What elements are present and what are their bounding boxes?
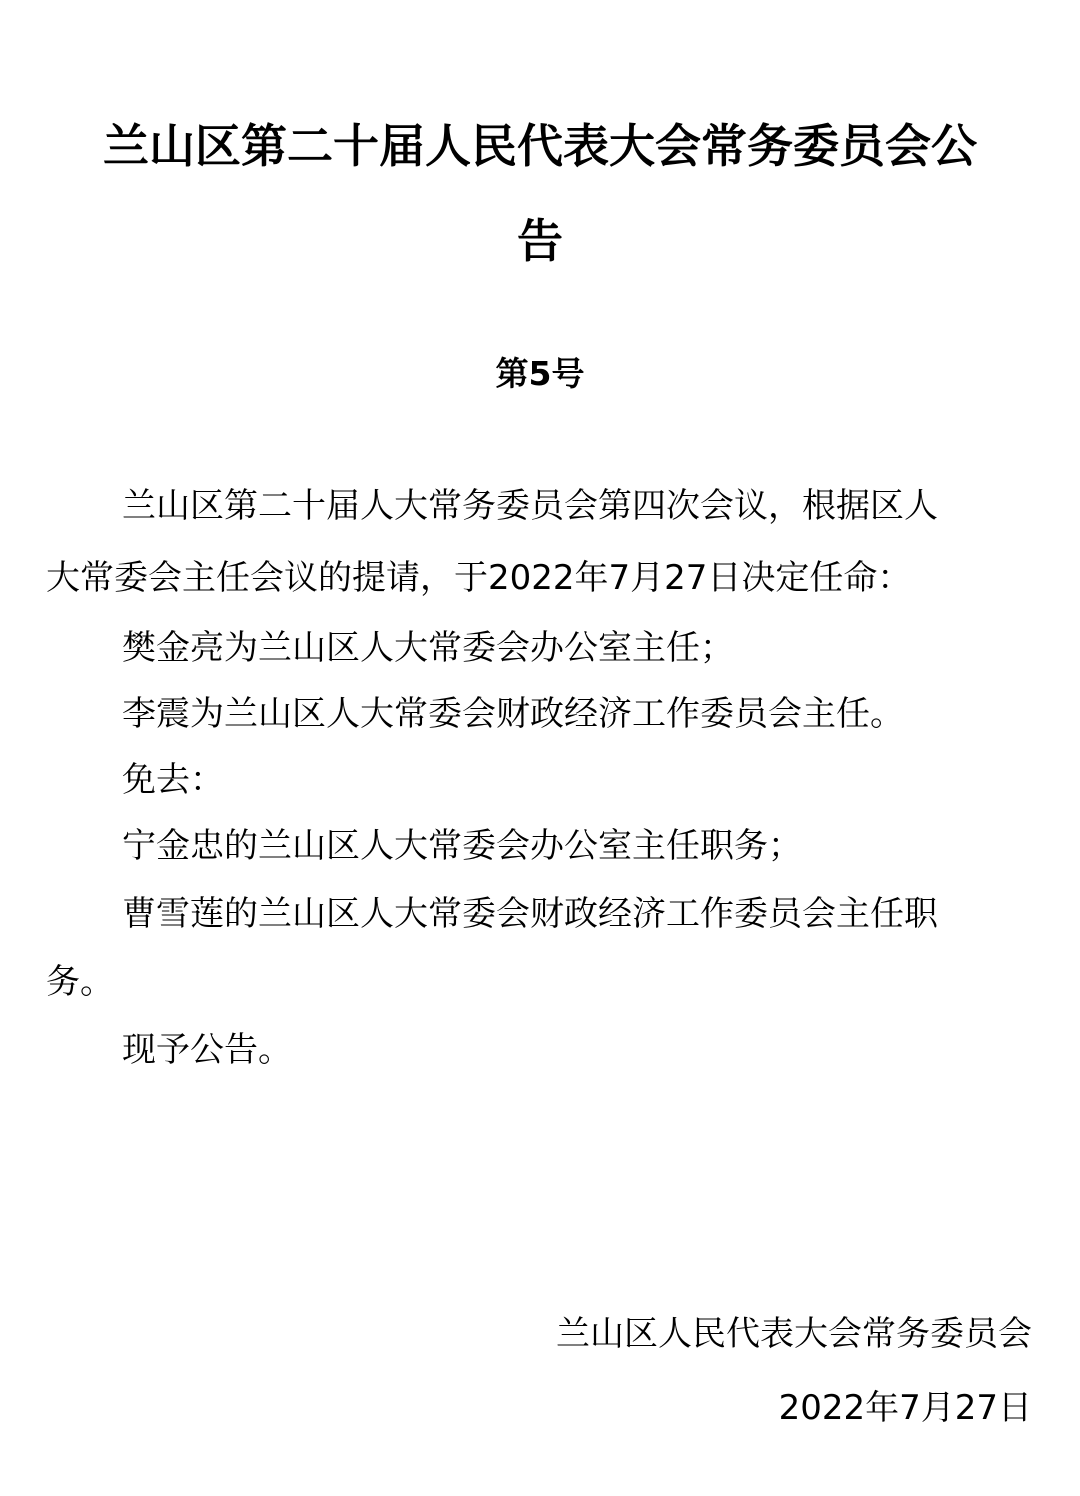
title-line-2: 告 <box>0 205 1080 271</box>
body-line: 现予公告。 <box>122 1022 292 1071</box>
announcement-number: 第5号 <box>0 348 1080 395</box>
body-line: 宁金忠的兰山区人大常委会办公室主任职务； <box>122 818 802 867</box>
title-line-1: 兰山区第二十届人民代表大会常务委员会公 <box>0 110 1080 176</box>
body-line: 李震为兰山区人大常委会财政经济工作委员会主任。 <box>122 686 904 735</box>
body-line: 兰山区第二十届人大常务委员会第四次会议，根据区人 <box>122 478 938 527</box>
signature-organization: 兰山区人民代表大会常务委员会 <box>556 1306 1032 1355</box>
body-line: 曹雪莲的兰山区人大常委会财政经济工作委员会主任职 <box>122 886 938 935</box>
body-line: 务。 <box>46 954 114 1003</box>
signature-date: 2022年7月27日 <box>779 1380 1032 1429</box>
body-line: 免去： <box>122 752 224 801</box>
body-line: 樊金亮为兰山区人大常委会办公室主任； <box>122 620 734 669</box>
body-line: 大常委会主任会议的提请，于2022年7月27日决定任命： <box>46 550 911 599</box>
